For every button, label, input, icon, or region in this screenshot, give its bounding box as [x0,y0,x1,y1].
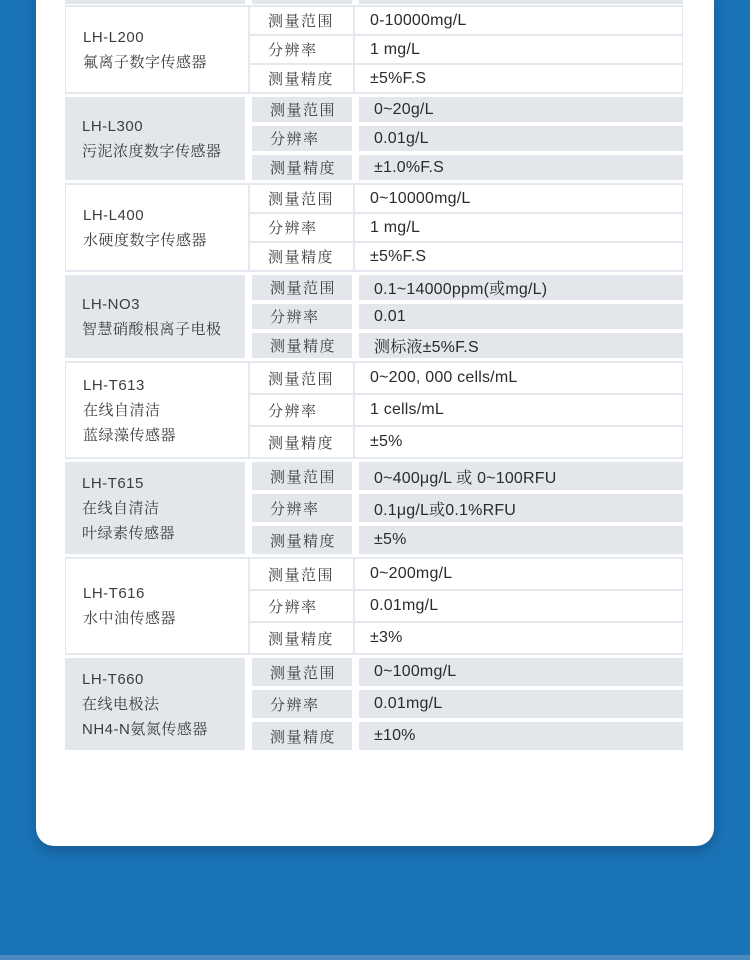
spec-value-cell: 0.01mg/L [359,690,683,718]
clipped-product-cell [65,0,245,4]
spec-value-cell: ±3% [355,623,682,653]
spec-label-cell: 分辨率 [250,214,353,241]
spec-label-cell: 测量精度 [252,526,352,554]
spec-value-cell: ±5%F.S [355,65,682,92]
spec-value-cell: ±5% [355,427,682,457]
spec-value-cell: 0-10000mg/L [355,7,682,34]
spec-value-cell: 0.01mg/L [355,591,682,621]
product-model: LH-L200 [83,25,248,50]
spec-group-lh-t615: LH-T615 在线自清洁 叶绿素传感器 测量范围 0~400μg/L 或 0~… [65,459,683,557]
product-model: LH-L300 [82,114,245,139]
spec-label-cell: 测量范围 [250,559,353,589]
spec-label-cell: 测量范围 [252,97,352,122]
spec-value-cell: 0.1~14000ppm(或mg/L) [359,275,683,300]
spec-label-cell: 测量精度 [252,333,352,358]
spec-label-cell: 测量精度 [252,155,352,180]
product-name: 在线电极法 [82,692,245,717]
product-model: LH-T615 [82,471,245,496]
spec-label-cell: 分辨率 [252,494,352,522]
product-name: 在线自清洁 [82,496,245,521]
spec-group-lh-l400: LH-L400 水硬度数字传感器 测量范围 0~10000mg/L 分辨率 1 … [65,183,683,272]
spec-label-cell: 测量精度 [252,722,352,750]
spec-value-cell: 测标液±5%F.S [359,333,683,358]
spec-label-cell: 分辨率 [250,591,353,621]
spec-label-cell: 测量精度 [250,427,353,457]
spec-group-lh-no3: LH-NO3 智慧硝酸根离子电极 测量范围 0.1~14000ppm(或mg/L… [65,272,683,361]
spec-label-cell: 分辨率 [252,126,352,151]
product-cell: LH-NO3 智慧硝酸根离子电极 [65,275,245,358]
spec-value-cell: 0.01g/L [359,126,683,151]
clipped-label-cell [252,0,352,4]
spec-group-lh-l200: LH-L200 氟离子数字传感器 测量范围 0-10000mg/L 分辨率 1 … [65,5,683,94]
spec-value-cell: 0~400μg/L 或 0~100RFU [359,462,683,490]
spec-value-cell: 1 mg/L [355,36,682,63]
spec-value-cell: ±10% [359,722,683,750]
spec-table: LH-L200 氟离子数字传感器 测量范围 0-10000mg/L 分辨率 1 … [65,0,683,753]
product-cell: LH-T616 水中油传感器 [66,559,248,653]
product-model: LH-L400 [83,203,248,228]
spec-label-cell: 分辨率 [250,36,353,63]
product-cell: LH-T615 在线自清洁 叶绿素传感器 [65,462,245,554]
product-model: LH-T616 [83,581,248,606]
product-name: 水硬度数字传感器 [83,228,248,253]
spec-value-cell: ±5% [359,526,683,554]
spec-value-cell: ±1.0%F.S [359,155,683,180]
spec-value-cell: 0.01 [359,304,683,329]
spec-label-cell: 测量范围 [252,462,352,490]
product-cell: LH-L400 水硬度数字传感器 [66,185,248,270]
product-name: 蓝绿藻传感器 [83,423,248,448]
spec-label-cell: 测量范围 [250,7,353,34]
product-name: 叶绿素传感器 [82,521,245,546]
product-name: 在线自清洁 [83,398,248,423]
spec-label-cell: 测量精度 [250,65,353,92]
spec-label-cell: 分辨率 [252,690,352,718]
page: LH-L200 氟离子数字传感器 测量范围 0-10000mg/L 分辨率 1 … [0,0,750,960]
bottom-accent-strip [0,955,750,960]
spec-value-cell: 0~10000mg/L [355,185,682,212]
spec-label-cell: 分辨率 [250,395,353,425]
spec-value-cell: 0~100mg/L [359,658,683,686]
product-cell: LH-T613 在线自清洁 蓝绿藻传感器 [66,363,248,457]
spec-value-cell: ±5%F.S [355,243,682,270]
spec-label-cell: 测量范围 [252,275,352,300]
spec-value-cell: 1 mg/L [355,214,682,241]
product-model: LH-T613 [83,373,248,398]
spec-group-lh-l300: LH-L300 污泥浓度数字传感器 测量范围 0~20g/L 分辨率 0.01g… [65,94,683,183]
spec-value-cell: 0.1μg/L或0.1%RFU [359,494,683,522]
product-name: 污泥浓度数字传感器 [82,139,245,164]
product-cell: LH-L200 氟离子数字传感器 [66,7,248,92]
spec-label-cell: 测量范围 [250,363,353,393]
spec-group-lh-t613: LH-T613 在线自清洁 蓝绿藻传感器 测量范围 0~200, 000 cel… [65,361,683,459]
spec-label-cell: 测量精度 [250,623,353,653]
spec-card: LH-L200 氟离子数字传感器 测量范围 0-10000mg/L 分辨率 1 … [36,0,714,846]
product-name: 氟离子数字传感器 [83,50,248,75]
product-model: LH-T660 [82,667,245,692]
spec-label-cell: 测量范围 [252,658,352,686]
spec-value-cell: 1 cells/mL [355,395,682,425]
clipped-value-cell [359,0,683,4]
spec-label-cell: 测量精度 [250,243,353,270]
spec-value-cell: 0~200, 000 cells/mL [355,363,682,393]
product-name: NH4-N氨氮传感器 [82,717,245,742]
spec-value-cell: 0~200mg/L [355,559,682,589]
spec-group-lh-t660: LH-T660 在线电极法 NH4-N氨氮传感器 测量范围 0~100mg/L … [65,655,683,753]
spec-group-lh-t616: LH-T616 水中油传感器 测量范围 0~200mg/L 分辨率 0.01mg… [65,557,683,655]
spec-label-cell: 测量范围 [250,185,353,212]
product-model: LH-NO3 [82,292,245,317]
spec-value-cell: 0~20g/L [359,97,683,122]
product-cell: LH-L300 污泥浓度数字传感器 [65,97,245,180]
table-clipped-row [65,0,683,4]
product-cell: LH-T660 在线电极法 NH4-N氨氮传感器 [65,658,245,750]
spec-label-cell: 分辨率 [252,304,352,329]
product-name: 智慧硝酸根离子电极 [82,317,245,342]
product-name: 水中油传感器 [83,606,248,631]
